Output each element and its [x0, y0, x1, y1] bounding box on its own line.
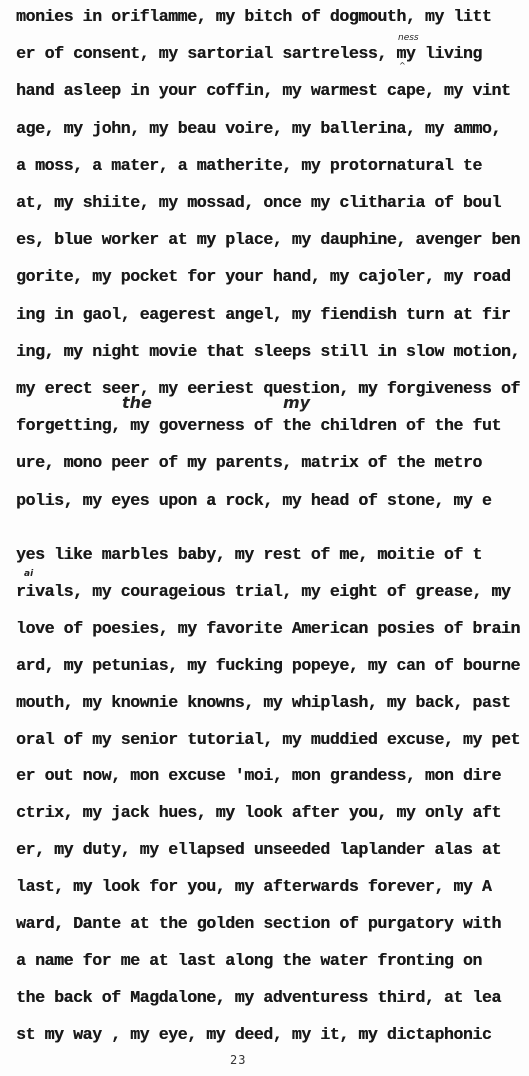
- handwritten-insert-ness: ness: [398, 33, 419, 43]
- typed-line: my erect seer, my eeriest question, my f…: [16, 379, 520, 399]
- typed-line: ard, my petunias, my fucking popeye, my …: [16, 656, 520, 676]
- handwritten-insert-the: the: [122, 393, 152, 412]
- typed-line: polis, my eyes upon a rock, my head of s…: [16, 491, 491, 511]
- typed-line: st my way , my eye, my deed, my it, my d…: [16, 1025, 491, 1045]
- typed-line: a moss, a mater, a matherite, my protorn…: [16, 156, 482, 176]
- typed-line: age, my john, my beau voire, my ballerin…: [16, 119, 501, 139]
- handwritten-insert-my: my: [283, 393, 310, 412]
- typed-line: ing in gaol, eagerest angel, my fiendish…: [16, 305, 510, 325]
- typed-line: yes like marbles baby, my rest of me, mo…: [16, 545, 482, 565]
- typed-line: mouth, my knownie knowns, my whiplash, m…: [16, 693, 510, 713]
- typed-line: rivals, my courageious trial, my eight o…: [16, 582, 510, 602]
- typed-line: er of consent, my sartorial sartreless, …: [16, 44, 482, 64]
- caret-mark-icon: ^: [399, 61, 406, 70]
- typed-line: hand asleep in your coffin, my warmest c…: [16, 81, 510, 101]
- typed-line: es, blue worker at my place, my dauphine…: [16, 230, 520, 250]
- typed-line: forgetting, my governess of the children…: [16, 416, 501, 436]
- page-number: 23: [230, 1053, 246, 1067]
- typed-line: ctrix, my jack hues, my look after you, …: [16, 803, 501, 823]
- typed-line: er out now, mon excuse 'moi, mon grandes…: [16, 766, 501, 786]
- typed-line: oral of my senior tutorial, my muddied e…: [16, 730, 520, 750]
- typed-line: a name for me at last along the water fr…: [16, 951, 482, 971]
- typewritten-page: monies in oriflamme, my bitch of dogmout…: [0, 0, 529, 1076]
- typed-line: ure, mono peer of my parents, matrix of …: [16, 453, 482, 473]
- typed-line: at, my shiite, my mossad, once my clitha…: [16, 193, 501, 213]
- typed-line: monies in oriflamme, my bitch of dogmout…: [16, 7, 491, 27]
- handwritten-insert-ai: ai: [24, 569, 33, 579]
- typed-line: gorite, my pocket for your hand, my cajo…: [16, 267, 510, 287]
- typed-line: ward, Dante at the golden section of pur…: [16, 914, 501, 934]
- typed-line: love of poesies, my favorite American po…: [16, 619, 520, 639]
- typed-line: last, my look for you, my afterwards for…: [16, 877, 491, 897]
- typed-line: the back of Magdalone, my adventuress th…: [16, 988, 501, 1008]
- typed-line: er, my duty, my ellapsed unseeded laplan…: [16, 840, 501, 860]
- typed-line: ing, my night movie that sleeps still in…: [16, 342, 520, 362]
